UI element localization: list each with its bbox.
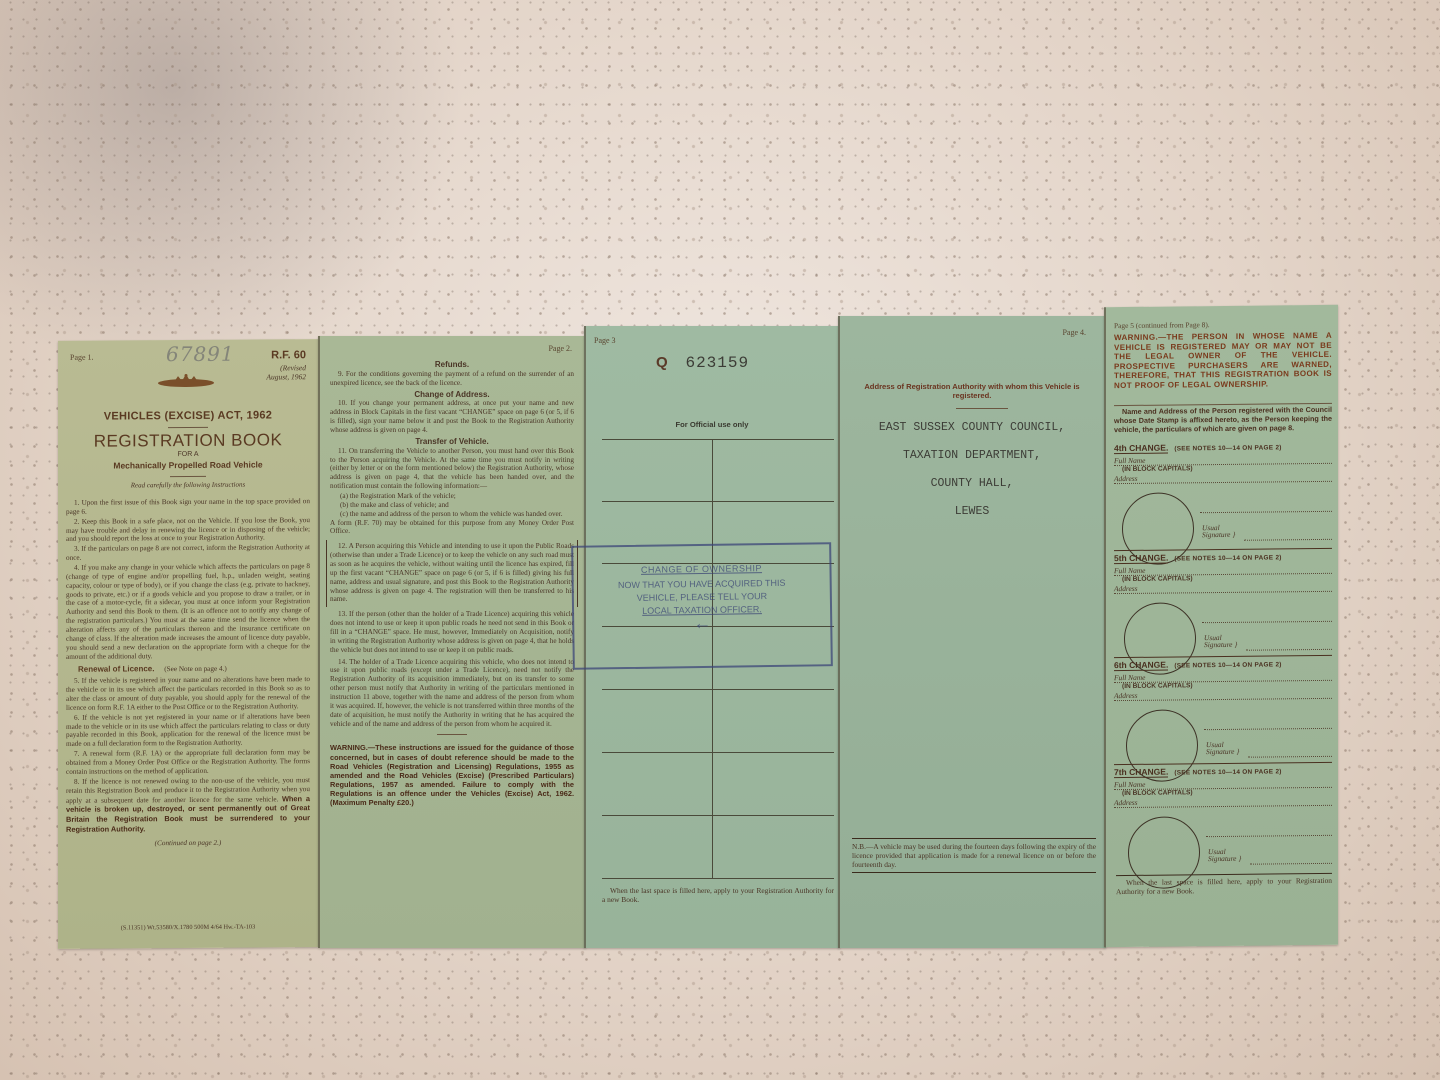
- page-number: Page 5 (continued from Page 8).: [1114, 320, 1210, 330]
- authority-address: EAST SUSSEX COUNTY COUNCIL, TAXATION DEP…: [842, 414, 1102, 526]
- page-1: Page 1. 67891 R.F. 60 (Revised August, 1…: [58, 339, 318, 949]
- page-number: Page 4.: [1062, 328, 1086, 338]
- page-number: Page 3: [594, 336, 616, 346]
- registered-person-intro: Name and Address of the Person registere…: [1114, 403, 1332, 435]
- revised-date: (Revised August, 1962: [256, 363, 306, 382]
- ownership-warning: WARNING.—THE PERSON IN WHOSE NAME A VEHI…: [1114, 331, 1332, 391]
- authority-heading: Address of Registration Authority with w…: [854, 382, 1090, 401]
- renewal-item: 6. If the vehicle is not yet registered …: [66, 712, 310, 749]
- change-section: 6th CHANGE.(SEE NOTES 10—14 ON PAGE 2) F…: [1114, 655, 1332, 772]
- instruction-item: 1. Upon the first issue of this Book sig…: [66, 497, 310, 516]
- refunds-text: 9. For the conditions governing the paym…: [330, 370, 574, 388]
- signature-field[interactable]: [1250, 863, 1332, 865]
- signature-field[interactable]: [1248, 756, 1332, 758]
- transfer-list-item: (c) the name and address of the person t…: [340, 510, 574, 519]
- print-code: (S.11351) Wt.53580/X.1780 500M 4/64 Hw.-…: [66, 923, 310, 932]
- change-of-address-text: 10. If you change your permanent address…: [330, 399, 574, 434]
- change-label: 5th CHANGE.: [1114, 553, 1168, 565]
- instruction-item: 2. Keep this Book in a safe place, not o…: [66, 516, 310, 544]
- authority-line: LEWES: [842, 498, 1102, 526]
- renewal-note: (See Note on page 4.): [164, 665, 226, 673]
- renewal-item: 7. A renewal form (R.F. 1A) or the appro…: [66, 748, 310, 776]
- instruction-14: 14. The holder of a Trade Licence acquir…: [330, 658, 574, 729]
- page-4: Page 4. Address of Registration Authorit…: [838, 316, 1106, 948]
- instructions-heading: Read carefully the following Instruction…: [66, 481, 310, 491]
- change-note: (SEE NOTES 10—14 ON PAGE 2): [1174, 661, 1281, 669]
- change-note: (SEE NOTES 10—14 ON PAGE 2): [1174, 444, 1281, 452]
- serial-prefix: Q: [656, 354, 668, 371]
- transfer-list-item: (b) the make and class of vehicle; and: [340, 501, 574, 510]
- act-title: VEHICLES (EXCISE) ACT, 1962: [66, 409, 310, 424]
- book-title: REGISTRATION BOOK: [66, 430, 310, 453]
- page-number: Page 1.: [70, 353, 94, 363]
- page-number: Page 2.: [548, 344, 572, 354]
- warning-text: WARNING.—These instructions are issued f…: [330, 743, 574, 807]
- change-of-address-heading: Change of Address.: [330, 390, 574, 400]
- authority-line: COUNTY HALL,: [842, 470, 1102, 498]
- official-use-heading: For Official use only: [584, 420, 840, 429]
- form-code: R.F. 60: [256, 349, 306, 363]
- royal-crest-icon: [156, 374, 216, 388]
- change-label: 7th CHANGE.: [1114, 767, 1168, 779]
- serial-number: 623159: [685, 354, 749, 372]
- stamp-title: CHANGE OF OWNERSHIP: [573, 562, 829, 576]
- handwritten-number: 67891: [166, 342, 235, 367]
- change-section: 4th CHANGE.(SEE NOTES 10—14 ON PAGE 2) F…: [1114, 441, 1332, 555]
- stamp-line: VEHICLE, PLEASE TELL YOUR: [574, 590, 830, 604]
- continued-note: (Continued on page 2.): [66, 838, 310, 849]
- change-note: (SEE NOTES 10—14 ON PAGE 2): [1174, 554, 1281, 562]
- page3-footer: When the last space is filled here, appl…: [602, 886, 834, 904]
- form-rf70-note: A form (R.F. 70) may be obtained for thi…: [330, 519, 574, 537]
- transfer-heading: Transfer of Vehicle.: [330, 437, 574, 447]
- page5-footer: When the last space is filled here, appl…: [1116, 873, 1332, 896]
- registration-book: Page 1. 67891 R.F. 60 (Revised August, 1…: [0, 0, 1440, 1080]
- change-of-ownership-stamp: CHANGE OF OWNERSHIP NOW THAT YOU HAVE AC…: [571, 542, 833, 670]
- signature-field[interactable]: [1244, 539, 1332, 541]
- instruction-item: 4. If you make any change in your vehicl…: [66, 562, 310, 661]
- change-section: 7th CHANGE.(SEE NOTES 10—14 ON PAGE 2) F…: [1114, 762, 1332, 879]
- page-2: Page 2. Refunds. 9. For the conditions g…: [318, 336, 586, 948]
- usual-signature-label: UsualSignature }: [1202, 524, 1235, 539]
- arrow-left-icon: ←: [574, 611, 830, 636]
- signature-field[interactable]: [1246, 649, 1332, 651]
- authority-line: EAST SUSSEX COUNTY COUNCIL,: [842, 414, 1102, 442]
- stamp-line: NOW THAT YOU HAVE ACQUIRED THIS: [574, 577, 830, 591]
- change-label: 4th CHANGE.: [1114, 443, 1168, 455]
- usual-signature-label: UsualSignature }: [1206, 741, 1239, 756]
- change-label: 6th CHANGE.: [1114, 660, 1168, 672]
- renewal-item: 5. If the vehicle is registered in your …: [66, 675, 310, 712]
- change-section: 5th CHANGE.(SEE NOTES 10—14 ON PAGE 2) F…: [1114, 548, 1332, 665]
- book-subtitle: Mechanically Propelled Road Vehicle: [66, 459, 310, 471]
- transfer-text: 11. On transferring the Vehicle to anoth…: [330, 447, 574, 491]
- authority-line: TAXATION DEPARTMENT,: [842, 442, 1102, 470]
- instruction-8: 8. If the licence is not renewed owing t…: [66, 776, 310, 804]
- refunds-heading: Refunds.: [330, 360, 574, 370]
- instruction-item: 3. If the particulars on page 8 are not …: [66, 543, 310, 562]
- change-note: (SEE NOTES 10—14 ON PAGE 2): [1174, 768, 1281, 776]
- renewal-heading: Renewal of Licence.: [78, 665, 154, 675]
- nb-note: N.B.—A vehicle may be used during the fo…: [852, 838, 1096, 873]
- instruction-13: 13. If the person (other than the holder…: [330, 610, 574, 654]
- usual-signature-label: UsualSignature }: [1208, 848, 1241, 863]
- usual-signature-label: UsualSignature }: [1204, 634, 1237, 649]
- instruction-12: 12. A Person acquiring this Vehicle and …: [330, 542, 574, 604]
- page-5: Page 5 (continued from Page 8). WARNING.…: [1104, 305, 1338, 947]
- transfer-list-item: (a) the Registration Mark of the vehicle…: [340, 492, 574, 501]
